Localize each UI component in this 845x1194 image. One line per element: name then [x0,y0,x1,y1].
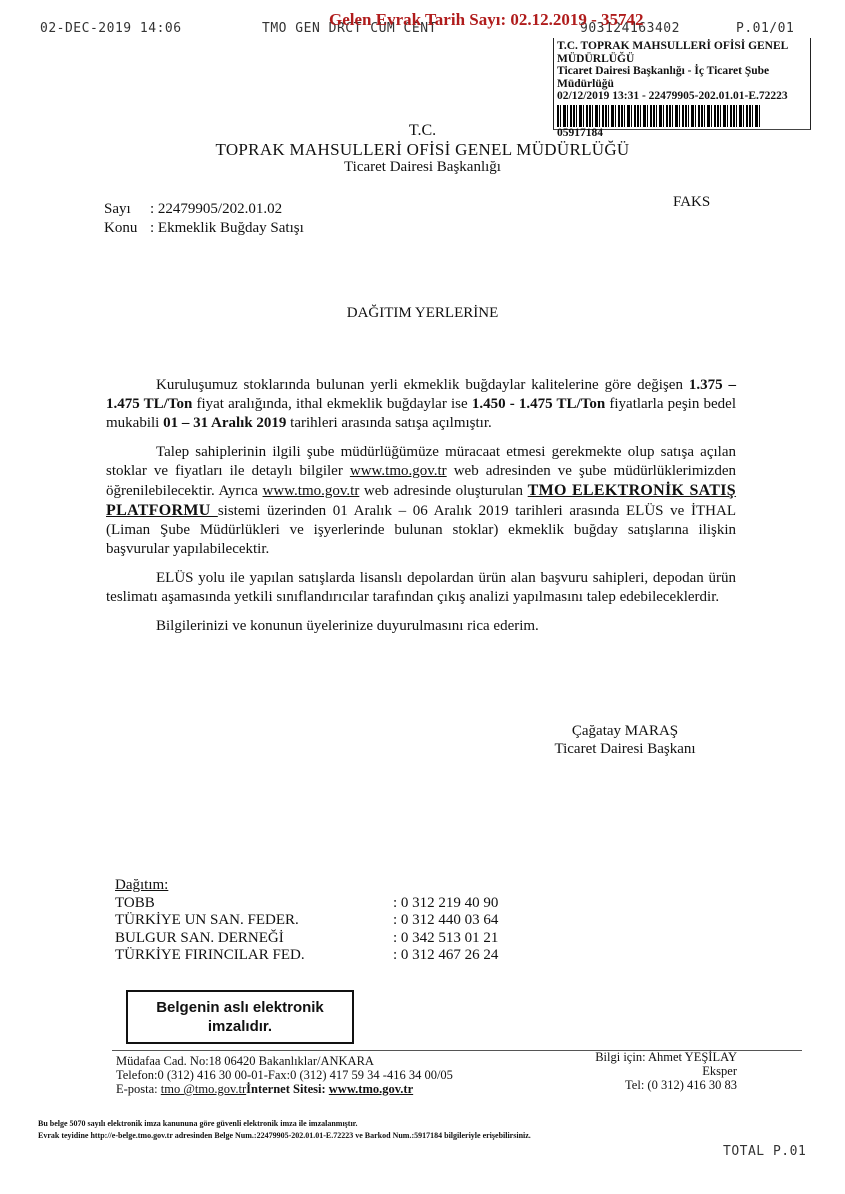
footer-address: Müdafaa Cad. No:18 06420 Bakanlıklar/ANK… [116,1054,453,1068]
list-item: TÜRKİYE FIRINCILAR FED.: 0 312 467 26 24 [115,947,535,965]
document-meta: Sayı: 22479905/202.01.02 Konu: Ekmeklik … [104,200,304,238]
letterhead-organization: TOPRAK MAHSULLERİ OFİSİ GENEL MÜDÜRLÜĞÜ [0,140,845,160]
paragraph-4: Bilgilerinizi ve konunun üyelerinize duy… [106,617,736,636]
list-item: TÜRKİYE UN SAN. FEDER.: 0 312 440 03 64 [115,912,535,930]
subject-label: Konu [104,219,150,238]
fax-total: TOTAL P.01 [723,1144,806,1159]
subject-value: : Ekmeklik Buğday Satışı [150,220,304,236]
number-label: Sayı [104,200,150,219]
letterhead-country: T.C. [0,122,845,140]
signature-block: Çağatay MARAŞ Ticaret Dairesi Başkanı [540,722,710,758]
contact-info: Bilgi için: Ahmet YEŞİLAY Eksper Tel: (0… [580,1050,737,1092]
registry-line-4: Müdürlüğü [557,78,807,91]
footer-phones: Telefon:0 (312) 416 30 00-01-Fax:0 (312)… [116,1068,453,1082]
paragraph-3: ELÜS yolu ile yapılan satışlarda lisansl… [106,569,736,607]
fax-datetime: 02-DEC-2019 14:06 [40,21,182,36]
list-item: TOBB: 0 312 219 40 90 [115,895,535,913]
addressee: DAĞITIM YERLERİNE [0,305,845,322]
contact-role: Eksper [580,1064,737,1078]
distribution-list: Dağıtım: TOBB: 0 312 219 40 90 TÜRKİYE U… [115,877,535,965]
registry-line-2: MÜDÜRLÜĞÜ [557,53,807,66]
letter-body: Kuruluşumuz stoklarında bulunan yerli ek… [106,376,736,646]
footer-web-link[interactable]: www.tmo.gov.tr [329,1082,413,1096]
distribution-heading: Dağıtım: [115,877,535,895]
contact-person: Bilgi için: Ahmet YEŞİLAY [580,1050,737,1064]
sale-dates: 01 – 31 Aralık 2019 [163,415,286,431]
import-price-range: 1.450 - 1.475 TL/Ton [472,396,605,412]
paragraph-2: Talep sahiplerinin ilgili şube müdürlüğü… [106,443,736,559]
electronic-signature-stamp: Belgenin aslı elektronik imzalıdır. [126,990,354,1044]
registry-line-5: 02/12/2019 13:31 - 22479905-202.01.01-E.… [557,90,807,103]
registry-line-1: T.C. TOPRAK MAHSULLERİ OFİSİ GENEL [557,40,807,53]
document-type: FAKS [673,193,710,212]
number-value: : 22479905/202.01.02 [150,201,282,217]
incoming-document-stamp: Gelen Evrak Tarih Sayı: 02.12.2019 - 357… [329,10,644,30]
tmo-link-2[interactable]: www.tmo.gov.tr [263,483,360,499]
fax-page: P.01/01 [736,21,794,36]
footer-email-link[interactable]: tmo @tmo.gov.tr [161,1082,246,1096]
contact-phone: Tel: (0 312) 416 30 83 [580,1078,737,1092]
tmo-link-1[interactable]: www.tmo.gov.tr [350,463,447,479]
paragraph-1: Kuruluşumuz stoklarında bulunan yerli ek… [106,376,736,433]
legal-note-1: Bu belge 5070 sayılı elektronik imza kan… [38,1119,358,1128]
footer-address-block: Müdafaa Cad. No:18 06420 Bakanlıklar/ANK… [116,1054,453,1096]
list-item: BULGUR SAN. DERNEĞİ: 0 342 513 01 21 [115,930,535,948]
signer-title: Ticaret Dairesi Başkanı [540,740,710,758]
registry-stamp: T.C. TOPRAK MAHSULLERİ OFİSİ GENEL MÜDÜR… [553,38,811,130]
registry-line-3: Ticaret Dairesi Başkanlığı - İç Ticaret … [557,65,807,78]
letterhead-department: Ticaret Dairesi Başkanlığı [0,159,845,176]
legal-note-2: Evrak teyidine http://e-belge.tmo.gov.tr… [38,1131,531,1140]
signer-name: Çağatay MARAŞ [540,722,710,740]
